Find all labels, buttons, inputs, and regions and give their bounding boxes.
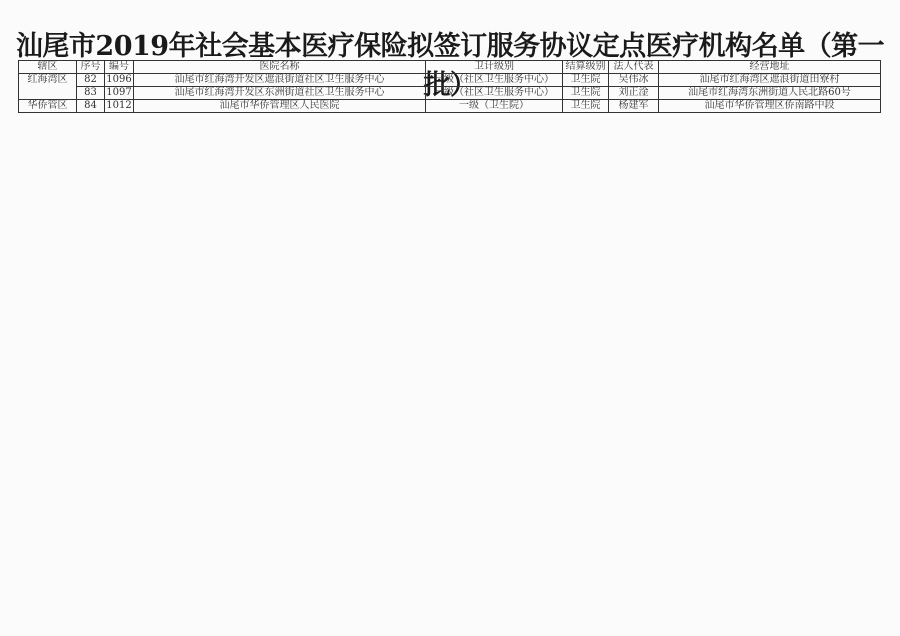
header-legal-rep: 法人代表: [609, 61, 659, 74]
code-cell: 1096: [105, 74, 134, 87]
hospital-name-cell: 汕尾市红海湾开发区东洲街道社区卫生服务中心: [134, 87, 426, 100]
health-level-cell: 一级（社区卫生服务中心）: [426, 74, 563, 87]
header-code: 编号: [105, 61, 134, 74]
code-cell: 1012: [105, 100, 134, 113]
legal-rep-cell: 杨建军: [609, 100, 659, 113]
seq-cell: 82: [77, 74, 105, 87]
address-cell: 汕尾市红海湾区遮浪街道田寮村: [659, 74, 881, 87]
legal-rep-cell: 刘正淦: [609, 87, 659, 100]
legal-rep-cell: 吴伟冰: [609, 74, 659, 87]
district-cell: 华侨管区: [19, 100, 77, 113]
health-level-cell: 一级（卫生院）: [426, 100, 563, 113]
header-seq: 序号: [77, 61, 105, 74]
header-address: 经营地址: [659, 61, 881, 74]
table-row: 83 1097 汕尾市红海湾开发区东洲街道社区卫生服务中心 一级（社区卫生服务中…: [19, 87, 881, 100]
code-cell: 1097: [105, 87, 134, 100]
seq-cell: 84: [77, 100, 105, 113]
table-header-row: 辖区 序号 编号 医院名称 卫计级别 结算级别 法人代表 经营地址: [19, 61, 881, 74]
settlement-level-cell: 卫生院: [563, 74, 609, 87]
header-health-level: 卫计级别: [426, 61, 563, 74]
address-cell: 汕尾市红海湾东洲街道人民北路60号: [659, 87, 881, 100]
hospital-list-table: 辖区 序号 编号 医院名称 卫计级别 结算级别 法人代表 经营地址 红海湾区 8…: [18, 60, 881, 113]
district-cell: 红海湾区: [19, 74, 77, 100]
health-level-cell: 一级（社区卫生服务中心）: [426, 87, 563, 100]
header-district: 辖区: [19, 61, 77, 74]
seq-cell: 83: [77, 87, 105, 100]
hospital-name-cell: 汕尾市红海湾开发区遮浪街道社区卫生服务中心: [134, 74, 426, 87]
header-settlement-level: 结算级别: [563, 61, 609, 74]
settlement-level-cell: 卫生院: [563, 87, 609, 100]
hospital-name-cell: 汕尾市华侨管理区人民医院: [134, 100, 426, 113]
address-cell: 汕尾市华侨管理区侨南路中段: [659, 100, 881, 113]
table-row: 红海湾区 82 1096 汕尾市红海湾开发区遮浪街道社区卫生服务中心 一级（社区…: [19, 74, 881, 87]
table-row: 华侨管区 84 1012 汕尾市华侨管理区人民医院 一级（卫生院） 卫生院 杨建…: [19, 100, 881, 113]
header-hospital-name: 医院名称: [134, 61, 426, 74]
settlement-level-cell: 卫生院: [563, 100, 609, 113]
